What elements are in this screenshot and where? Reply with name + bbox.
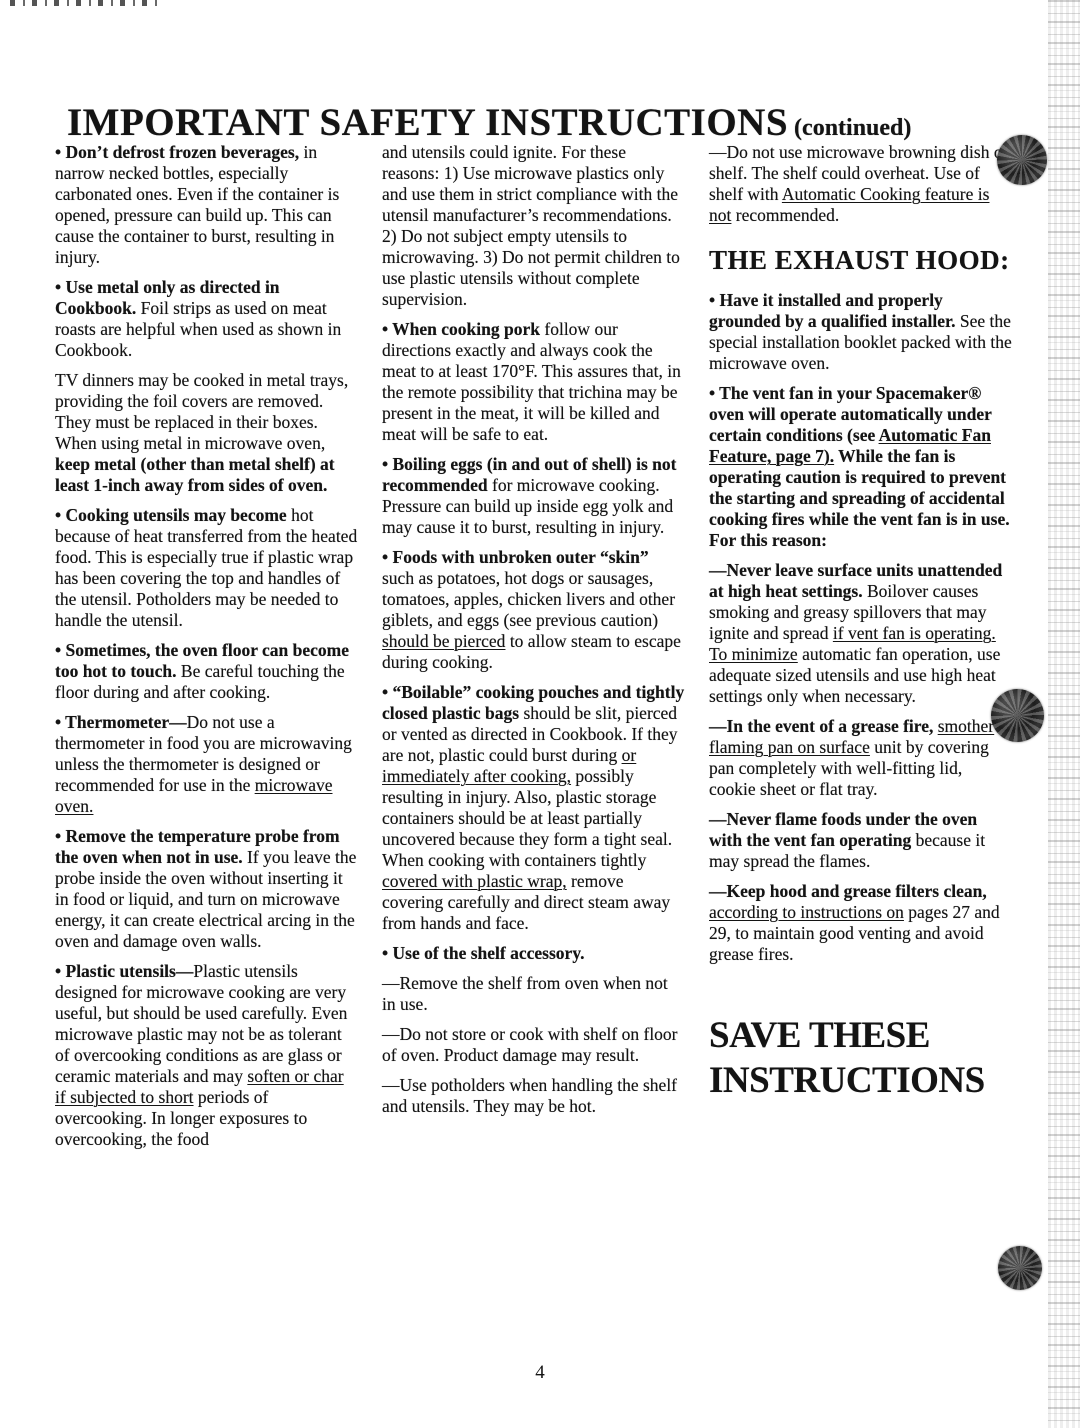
text-segment: —In the event of a grease fire,: [709, 716, 933, 736]
para-plastic-utensils: • Plastic utensils—Plastic utensils desi…: [55, 961, 358, 1150]
page-number: 4: [0, 1362, 1080, 1384]
column-middle: and utensils could ignite. For these rea…: [382, 142, 685, 1126]
para-shelf-accessory: • Use of the shelf accessory.: [382, 943, 685, 964]
punch-hole: [997, 135, 1047, 185]
para-qualified-installer: • Have it installed and properly grounde…: [709, 290, 1012, 374]
text-segment: • Plastic utensils—: [55, 961, 193, 981]
punch-hole: [991, 689, 1044, 742]
text-segment: covered with plastic wrap,: [382, 871, 567, 891]
para-cooking-pork: • When cooking pork follow our direction…: [382, 319, 685, 445]
para-boilable-pouches: • “Boilable” cooking pouches and tightly…: [382, 682, 685, 934]
text-segment: and utensils could ignite. For these rea…: [382, 142, 680, 309]
para-do-not-store: —Do not store or cook with shelf on floo…: [382, 1024, 685, 1066]
manual-page: IMPORTANT SAFETY INSTRUCTIONS (continued…: [0, 0, 1080, 1428]
text-segment: • Thermometer—: [55, 712, 187, 732]
text-segment: • When cooking pork: [382, 319, 540, 339]
para-oven-floor: • Sometimes, the oven floor can become t…: [55, 640, 358, 703]
text-segment: SAVE THESE INSTRUCTIONS: [709, 1015, 985, 1101]
text-segment: according to instructions on: [709, 902, 904, 922]
text-segment: • Cooking utensils may become: [55, 505, 287, 525]
text-segment: should be pierced: [382, 631, 505, 651]
para-thermometer: • Thermometer—Do not use a thermometer i…: [55, 712, 358, 817]
text-segment: —Remove the shelf from oven when not in …: [382, 973, 668, 1014]
text-segment: • Foods with unbroken outer “skin”: [382, 547, 649, 567]
text-segment: keep metal (other than metal shelf) at l…: [55, 454, 335, 495]
text-columns: • Don’t defrost frozen beverages, in nar…: [55, 142, 1013, 1159]
para-vent-fan: • The vent fan in your Spacemaker® oven …: [709, 383, 1012, 551]
page-title: IMPORTANT SAFETY INSTRUCTIONS (continued…: [67, 100, 911, 145]
para-temperature-probe: • Remove the temperature probe from the …: [55, 826, 358, 952]
text-segment: —Keep hood and grease filters clean,: [709, 881, 987, 901]
page-title-suffix: (continued): [788, 115, 911, 141]
text-segment: • Use of the shelf accessory.: [382, 943, 584, 963]
column-left: • Don’t defrost frozen beverages, in nar…: [55, 142, 358, 1159]
text-segment: TV dinners may be cooked in metal trays,…: [55, 370, 348, 453]
text-segment: —Use potholders when handling the shelf …: [382, 1075, 677, 1116]
text-segment: • Have it installed and properly grounde…: [709, 290, 956, 331]
text-segment: THE EXHAUST HOOD:: [709, 245, 1010, 275]
text-segment: recommended.: [731, 205, 839, 225]
para-unbroken-skin: • Foods with unbroken outer “skin” such …: [382, 547, 685, 673]
para-boiling-eggs: • Boiling eggs (in and out of shell) is …: [382, 454, 685, 538]
heading-exhaust-hood: THE EXHAUST HOOD:: [709, 246, 1012, 276]
para-utensils-ignite: and utensils could ignite. For these rea…: [382, 142, 685, 310]
text-segment: —Do not store or cook with shelf on floo…: [382, 1024, 678, 1065]
para-tv-dinners: TV dinners may be cooked in metal trays,…: [55, 370, 358, 496]
column-right: —Do not use microwave browning dish on s…: [709, 142, 1012, 1112]
page-title-text: IMPORTANT SAFETY INSTRUCTIONS: [67, 101, 788, 144]
para-use-potholders: —Use potholders when handling the shelf …: [382, 1075, 685, 1117]
para-never-flame: —Never flame foods under the oven with t…: [709, 809, 1012, 872]
scan-noise-strip: [1048, 0, 1080, 1428]
para-cooking-utensils: • Cooking utensils may become hot becaus…: [55, 505, 358, 631]
scan-marks: [10, 0, 160, 6]
punch-hole: [998, 1246, 1042, 1290]
para-grease-fire: —In the event of a grease fire, smother …: [709, 716, 1012, 800]
display-save-instructions: SAVE THESE INSTRUCTIONS: [709, 1013, 1012, 1103]
text-segment: • Don’t defrost frozen beverages,: [55, 142, 299, 162]
para-remove-shelf: —Remove the shelf from oven when not in …: [382, 973, 685, 1015]
text-segment: such as potatoes, hot dogs or sausages, …: [382, 568, 675, 630]
para-dont-defrost: • Don’t defrost frozen beverages, in nar…: [55, 142, 358, 268]
para-surface-units: —Never leave surface units unattended at…: [709, 560, 1012, 707]
para-use-metal: • Use metal only as directed in Cookbook…: [55, 277, 358, 361]
para-grease-filters: —Keep hood and grease filters clean, acc…: [709, 881, 1012, 965]
para-browning-dish: —Do not use microwave browning dish on s…: [709, 142, 1012, 226]
